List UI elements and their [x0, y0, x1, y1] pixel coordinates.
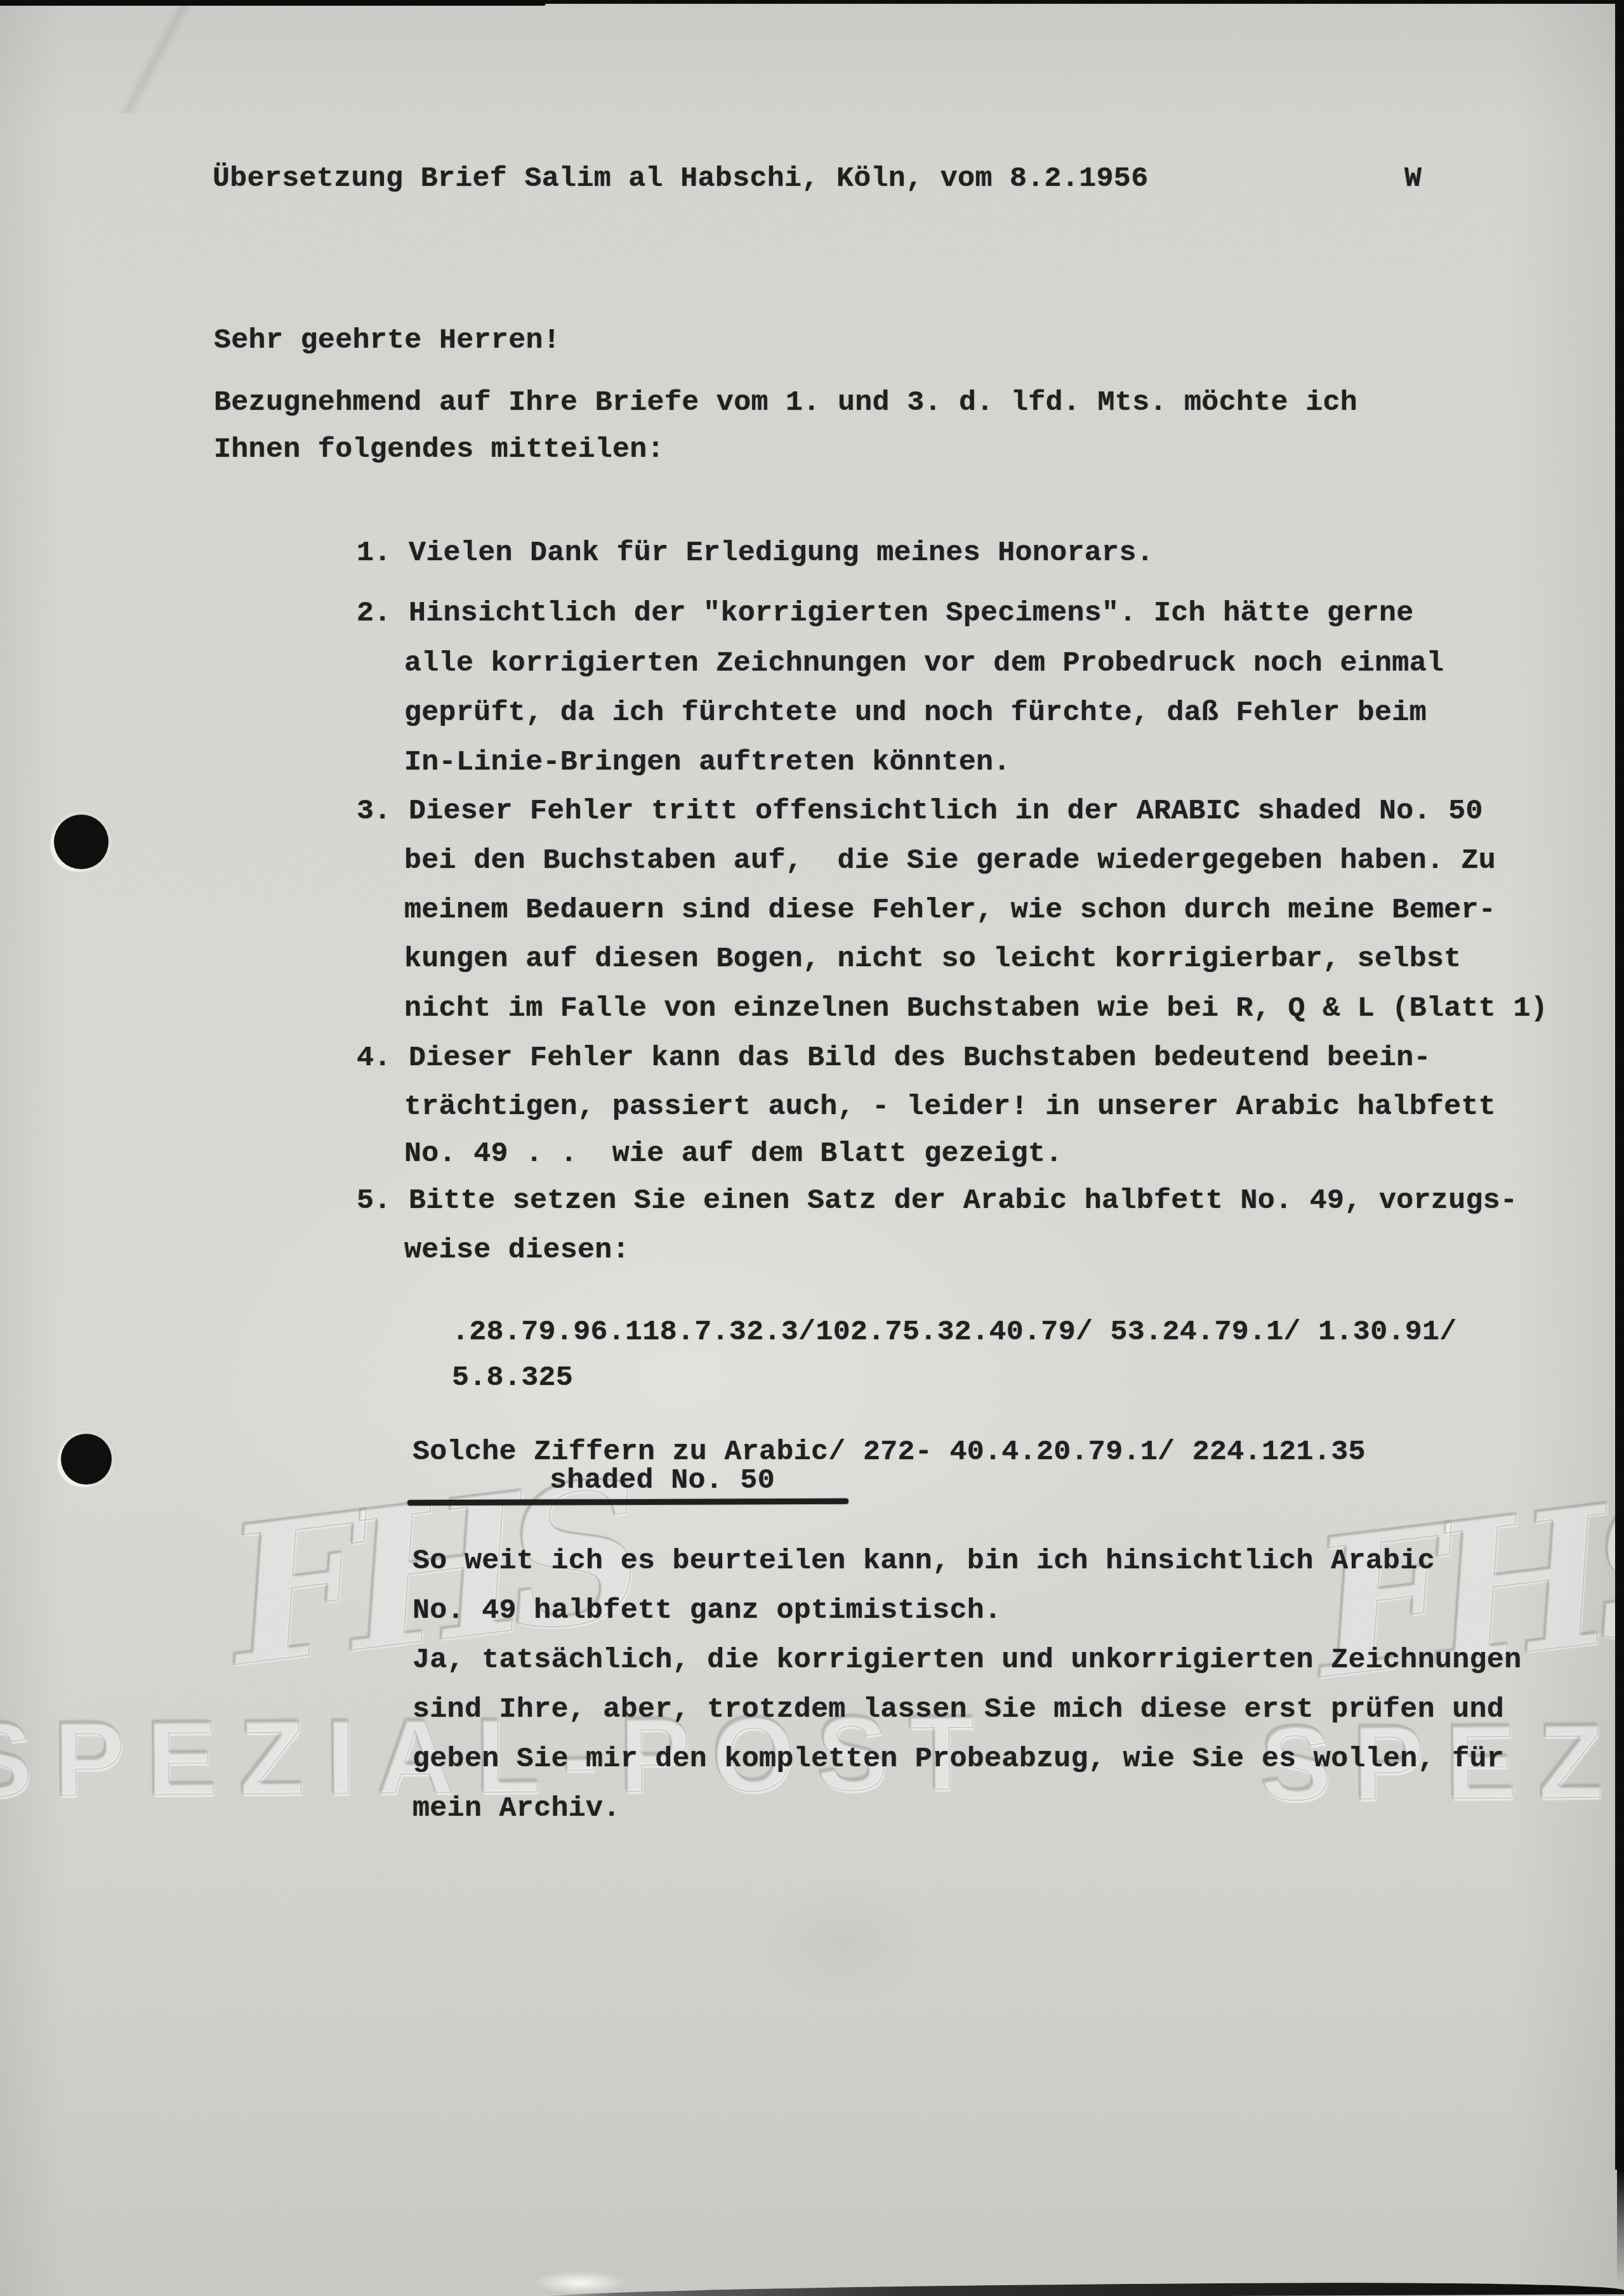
ziffern-note-line-1: Solche Ziffern zu Arabic/ 272- 40.4.20.7… — [413, 1436, 1366, 1468]
item-2-line-3: geprüft, da ich fürchtete und noch fürch… — [404, 697, 1427, 729]
closing-line-3: Ja, tatsächlich, die korrigierten und un… — [413, 1644, 1521, 1676]
item-4-line-2: trächtigen, passiert auch, - leider! in … — [404, 1091, 1496, 1123]
punch-hole — [61, 1434, 112, 1485]
intro-line-1: Bezugnehmend auf Ihre Briefe vom 1. und … — [214, 387, 1357, 419]
closing-line-5: geben Sie mir den kompletten Probeabzug,… — [413, 1743, 1504, 1775]
letter-page: FHS FHS SPEZIAL-POST SPEZIAL- Übersetzun… — [0, 0, 1624, 2296]
scan-edge-top-left — [0, 0, 546, 6]
ziffern-note-line-2: shaded No. 50 — [550, 1465, 775, 1497]
item-4-line-1: 4. Dieser Fehler kann das Bild des Buchs… — [357, 1042, 1431, 1074]
item-3-line-5: nicht im Falle von einzelnen Buchstaben … — [404, 993, 1548, 1025]
page-mark-w: W — [1404, 163, 1422, 195]
intro-line-2: Ihnen folgendes mitteilen: — [214, 434, 664, 466]
scan-highlight-bottom — [532, 2271, 627, 2294]
paper-crease — [67, 5, 244, 113]
item-3-line-3: meinem Bedauern sind diese Fehler, wie s… — [404, 895, 1496, 926]
item-3-line-1: 3. Dieser Fehler tritt offensichtlich in… — [357, 796, 1483, 827]
scan-edge-bottom — [527, 2281, 1624, 2296]
item-2-line-4: In-Linie-Bringen auftreten könnten. — [404, 747, 1011, 778]
figures-line-2: 5.8.325 — [452, 1362, 573, 1394]
item-2-line-2: alle korrigierten Zeichnungen vor dem Pr… — [404, 648, 1444, 679]
emphasis-underline — [407, 1499, 848, 1506]
scan-edge-right — [1615, 0, 1624, 2170]
closing-line-6: mein Archiv. — [413, 1793, 621, 1825]
closing-line-1: So weit ich es beurteilen kann, bin ich … — [413, 1545, 1435, 1577]
figures-line-1: .28.79.96.118.7.32.3/102.75.32.40.79/ 53… — [452, 1316, 1457, 1348]
salutation: Sehr geehrte Herren! — [214, 325, 560, 357]
item-4-line-3: No. 49 . . wie auf dem Blatt gezeigt. — [404, 1138, 1063, 1170]
item-3-line-4: kungen auf diesen Bogen, nicht so leicht… — [404, 943, 1462, 975]
paper-smudge — [749, 1878, 939, 2005]
closing-line-2: No. 49 halbfett ganz optimistisch. — [413, 1595, 1001, 1627]
scan-edge-right-tail — [1617, 2170, 1624, 2284]
title: Übersetzung Brief Salim al Habschi, Köln… — [213, 163, 1148, 195]
closing-line-4: sind Ihre, aber, trotzdem lassen Sie mic… — [413, 1694, 1504, 1726]
item-5-line-2: weise diesen: — [404, 1235, 630, 1266]
item-2-line-1: 2. Hinsichtlich der "korrigierten Specim… — [357, 598, 1414, 629]
punch-hole — [54, 815, 109, 869]
item-1: 1. Vielen Dank für Erledigung meines Hon… — [357, 537, 1154, 569]
item-3-line-2: bei den Buchstaben auf, die Sie gerade w… — [404, 845, 1496, 877]
item-5-line-1: 5. Bitte setzen Sie einen Satz der Arabi… — [357, 1185, 1517, 1217]
